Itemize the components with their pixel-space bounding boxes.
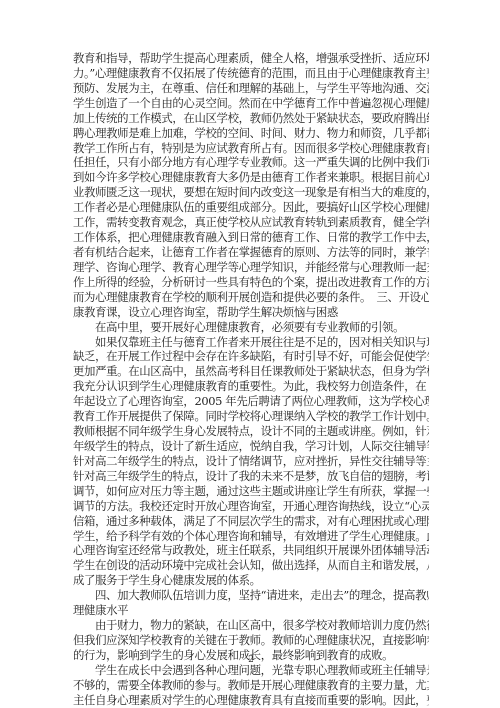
text-line: 学生，给予科学有效的个体心理咨询和辅导，有效增进了学生心理健康。此外， bbox=[73, 529, 429, 544]
text-line: 预防、发展为主，在尊重、信任和理解的基础上，与学生平等地沟通、交流，给 bbox=[73, 81, 429, 96]
text-line: 年级学生的特点，设计了新生适应，悦纳自我，学习计划，人际交往辅导等主题； bbox=[73, 439, 429, 454]
text-line: 年起设立了心理咨询室，2005 年先后聘请了两位心理教师，这为学校心理健康 bbox=[73, 394, 429, 409]
text-line: 工作体系，把心理健康教育融入到日常的德育工作、日常的教学工作中去，使两 bbox=[73, 230, 429, 245]
text-line: 教育工作开展提供了保障。同时学校将心理课纳入学校的教学工作计划中。心理 bbox=[73, 409, 429, 424]
text-line: 理学、咨询心理学、教育心理学等心理学知识，并能经常与心理教师一起交流工 bbox=[73, 260, 429, 275]
text-line: 工作者必是心理健康队伍的重要组成部分。因此，要搞好山区学校心理健康教育 bbox=[73, 200, 429, 215]
text-line: 调节的方法。我校还定时开放心理咨询室，开通心理咨询热线，设立“心灵有约” bbox=[73, 499, 429, 514]
text-line: 缺乏，在开展工作过程中会存在许多缺陷，有时引导不好，可能会促使学生问题 bbox=[73, 349, 429, 364]
text-line: 而为心理健康教育在学校的顺利开展创造和提供必要的条件。 三、开设心理健 bbox=[73, 290, 429, 305]
text-line: 教师根据不同年级学生身心发展特点，设计不同的主题或讲座。例如，针对高一 bbox=[73, 424, 429, 439]
text-line: 学生在创设的活动环境中完成社会认知，做出选择，从而自主和谐发展，从中形 bbox=[73, 558, 429, 573]
text-line: 针对高二年级学生的特点，设计了情绪调节，应对挫折，异性交往辅导等主题； bbox=[73, 454, 429, 469]
text-line: 学生创造了一个自由的心灵空间。然而在中学德育工作中普遍忽视心理健康教育， bbox=[73, 96, 429, 111]
text-line: 聘心理教师是难上加难，学校的空间、时间、财力、物力和师资，几乎都被学校 bbox=[73, 126, 429, 141]
page-number: 2 bbox=[246, 655, 256, 665]
text-line: 到如今许多学校心理健康教育大多仍是由德育工作者来兼职。根据目前心理学专 bbox=[73, 170, 429, 185]
text-line: 由于财力，物力的紧缺，在山区高中，很多学校对教师培训力度仍然很弱， bbox=[73, 618, 429, 633]
text-line: 如果仅靠班主任与德育工作者来开展往往是不足的，因对相关知识与理论的 bbox=[73, 335, 429, 350]
body-text: 教育和指导，帮助学生提高心理素质，健全人格，增强承受挫折、适应环境的能力。”心理… bbox=[73, 51, 429, 708]
document-page: 教育和指导，帮助学生提高心理素质，健全人格，增强承受挫折、适应环境的能力。”心理… bbox=[0, 0, 500, 708]
text-line: 但我们应深知学校教育的关键在于教师。教师的心理健康状况，直接影响着学生 bbox=[73, 633, 429, 648]
text-line: 成了服务于学生身心健康发展的体系。 bbox=[73, 573, 429, 588]
text-line: 四、加大教师队伍培训力度，坚持“请进来，走出去”的理念，提高教师心 bbox=[73, 588, 429, 603]
text-line: 加上传统的工作模式，在山区学校，教师仍然处于紧缺状态，要政府腾出编制招 bbox=[73, 111, 429, 126]
text-line: 教学工作所占有，特别是为应试教育所占有。因而很多学校心理健康教育由班主 bbox=[73, 141, 429, 156]
text-line: 我充分认识到学生心理健康教育的重要性。为此，我校努力创造条件，在 2003 bbox=[73, 379, 429, 394]
text-line: 针对高三年级学生的特点，设计了我的未来不是梦，放飞自信的翅膀，考试焦虑 bbox=[73, 469, 429, 484]
text-line: 工作，需转变教育观念，真正使学校从应试教育转轨到素质教育，健全学校德育 bbox=[73, 215, 429, 230]
text-line: 在高中里，要开展好心理健康教育，必须要有专业教师的引领。 bbox=[73, 320, 429, 335]
text-line: 更加严重。在山区高中，虽然高考科目任课教师处于紧缺状态，但身为学校领导， bbox=[73, 364, 429, 379]
text-line: 调节，如何应对压力等主题，通过这些主题或讲座让学生有所获，掌握一些自我 bbox=[73, 484, 429, 499]
text-line: 主任自身心理素质对学生的心理健康教育具有直接而重要的影响。因此，要做好 bbox=[73, 693, 429, 708]
text-line: 心理咨询室还经常与政教处，班主任联系，共同组织开展课外团体辅导活动，让 bbox=[73, 543, 429, 558]
text-line: 不够的，需要全体教师的参与。教师是开展心理健康教育的主要力量，尤其是班 bbox=[73, 678, 429, 693]
text-line: 信箱，通过多种载体，满足了不同层次学生的需求，对有心理困扰或心理障碍的 bbox=[73, 514, 429, 529]
text-line: 康教育课，设立心理咨询室，帮助学生解决烦恼与困惑 bbox=[73, 305, 429, 320]
text-line: 力。”心理健康教育不仅拓展了传统德育的范围，而且由于心理健康教育主要以 bbox=[73, 66, 429, 81]
text-line: 教育和指导，帮助学生提高心理素质，健全人格，增强承受挫折、适应环境的能 bbox=[73, 51, 429, 66]
text-line: 学生在成长中会遇到各种心理问题，光靠专职心理教师或班主任辅导是远远 bbox=[73, 663, 429, 678]
text-line: 任担任，只有小部分地方有心理学专业教师。这一严重失调的比例中我们可了解 bbox=[73, 155, 429, 170]
text-line: 作上所得的经验，分析研讨一些具有特色的个案，提出改进教育工作的方法，从 bbox=[73, 275, 429, 290]
text-line: 理健康水平 bbox=[73, 603, 429, 618]
text-line: 者有机结合起来，让德育工作者在掌握德育的原则、方法等的同时，兼学普通心 bbox=[73, 245, 429, 260]
text-line: 业教师匮乏这一现状，要想在短时间内改变这一现象是有相当大的难度的，德育 bbox=[73, 185, 429, 200]
